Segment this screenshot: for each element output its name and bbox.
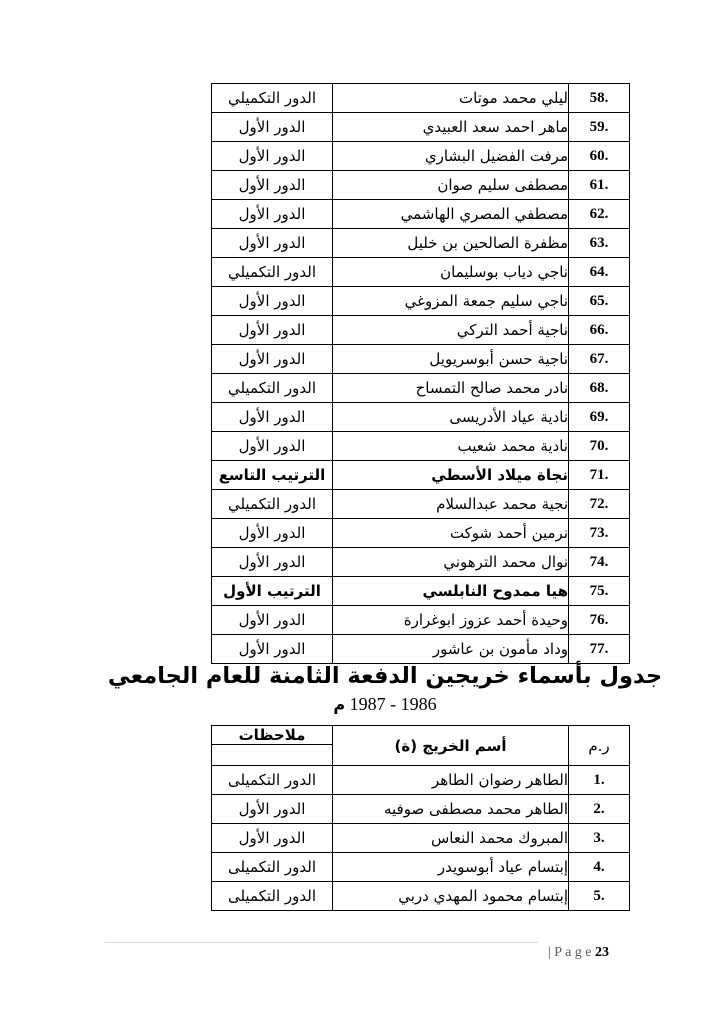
table-row: 63.مظفرة الصالحين بن خليلالدور الأول <box>212 229 630 258</box>
header-row: ر.م أسم الخريج (ة) ملاحظات <box>212 726 630 745</box>
graduate-name: إبتسام عياد أبوسويدر <box>333 853 569 882</box>
graduate-name: نادية عياد الأدريسى <box>333 403 569 432</box>
exam-round: الدور التكميلي <box>212 374 333 403</box>
document-page: 58.ليلي محمد موتاتالدور التكميلي 59.ماهر… <box>0 0 724 1024</box>
row-number: 69. <box>569 403 630 432</box>
graduate-name: الطاهر رضوان الطاهر <box>333 766 569 795</box>
graduate-name: مصطفي المصري الهاشمي <box>333 200 569 229</box>
table-row: 67.ناجية حسن أبوسريويلالدور الأول <box>212 345 630 374</box>
row-number: 4. <box>569 853 630 882</box>
header-serial: ر.م <box>569 726 630 766</box>
exam-round: الدور الأول <box>212 795 333 824</box>
graduate-name: نادر محمد صالح التمساح <box>333 374 569 403</box>
row-number: 70. <box>569 432 630 461</box>
row-number: 62. <box>569 200 630 229</box>
exam-round: الدور الأول <box>212 287 333 316</box>
section-title: جدول بأسماء خريجين الدفعة الثامنة للعام … <box>85 661 685 693</box>
graduates-table-continued: 58.ليلي محمد موتاتالدور التكميلي 59.ماهر… <box>211 83 630 664</box>
row-number: 75. <box>569 577 630 606</box>
exam-round: الدور التكميلى <box>212 766 333 795</box>
graduate-name: وحيدة أحمد عزوز ابوغرارة <box>333 606 569 635</box>
exam-round: الدور الأول <box>212 635 333 664</box>
page-footer: | P a g e 23 <box>548 945 609 961</box>
row-number: 3. <box>569 824 630 853</box>
table-row-ranked: 71.نجاة ميلاد الأسطيالترتيب التاسع <box>212 461 630 490</box>
row-number: 61. <box>569 171 630 200</box>
graduate-name: نجية محمد عبدالسلام <box>333 490 569 519</box>
exam-round: الدور التكميلى <box>212 853 333 882</box>
row-number: 58. <box>569 84 630 113</box>
graduate-name: مرفت الفضيل البشاري <box>333 142 569 171</box>
table-row-ranked: 75.هيا ممدوح النابلسيالترتيب الأول <box>212 577 630 606</box>
page-label: | P a g e <box>548 945 595 960</box>
exam-round: الدور الأول <box>212 403 333 432</box>
row-number: 59. <box>569 113 630 142</box>
exam-round: الدور الأول <box>212 519 333 548</box>
graduate-name: ناجية أحمد التركي <box>333 316 569 345</box>
page-number: 23 <box>595 945 609 960</box>
rank-label: الترتيب التاسع <box>212 461 333 490</box>
exam-round: الدور الأول <box>212 548 333 577</box>
section-heading: جدول بأسماء خريجين الدفعة الثامنة للعام … <box>85 661 685 715</box>
table-row: 65.ناجي سليم جمعة المزوغيالدور الأول <box>212 287 630 316</box>
row-number: 73. <box>569 519 630 548</box>
row-number: 77. <box>569 635 630 664</box>
table-row: 1.الطاهر رضوان الطاهرالدور التكميلى <box>212 766 630 795</box>
table-row: 70.نادية محمد شعيبالدور الأول <box>212 432 630 461</box>
graduate-name: هيا ممدوح النابلسي <box>333 577 569 606</box>
graduate-name: الطاهر محمد مصطفى صوفيه <box>333 795 569 824</box>
graduate-name: ناجي دياب بوسليمان <box>333 258 569 287</box>
table-row: 73.نرمين أحمد شوكتالدور الأول <box>212 519 630 548</box>
table-row: 74.نوال محمد الترهونيالدور الأول <box>212 548 630 577</box>
row-number: 1. <box>569 766 630 795</box>
table-row: 62.مصطفي المصري الهاشميالدور الأول <box>212 200 630 229</box>
table-row: 4.إبتسام عياد أبوسويدرالدور التكميلى <box>212 853 630 882</box>
graduate-name: نرمين أحمد شوكت <box>333 519 569 548</box>
exam-round: الدور الأول <box>212 345 333 374</box>
row-number: 66. <box>569 316 630 345</box>
header-graduate-name: أسم الخريج (ة) <box>333 726 569 766</box>
row-number: 60. <box>569 142 630 171</box>
row-number: 5. <box>569 882 630 911</box>
graduate-name: نوال محمد الترهوني <box>333 548 569 577</box>
row-number: 71. <box>569 461 630 490</box>
table-row: 69.نادية عياد الأدريسىالدور الأول <box>212 403 630 432</box>
row-number: 67. <box>569 345 630 374</box>
table-row: 66.ناجية أحمد التركيالدور الأول <box>212 316 630 345</box>
row-number: 2. <box>569 795 630 824</box>
graduate-name: وداد مأمون بن عاشور <box>333 635 569 664</box>
row-number: 65. <box>569 287 630 316</box>
table-row: 61.مصطفى سليم صوانالدور الأول <box>212 171 630 200</box>
graduate-name: ماهر احمد سعد العبيدي <box>333 113 569 142</box>
year-range: 1986 - 1987 <box>350 694 437 714</box>
exam-round: الدور الأول <box>212 432 333 461</box>
exam-round: الدور الأول <box>212 606 333 635</box>
exam-round: الدور التكميلي <box>212 84 333 113</box>
exam-round: الدور الأول <box>212 113 333 142</box>
graduate-name: ليلي محمد موتات <box>333 84 569 113</box>
table-row: 68.نادر محمد صالح التمساحالدور التكميلي <box>212 374 630 403</box>
graduate-name: مصطفى سليم صوان <box>333 171 569 200</box>
table-row: 59.ماهر احمد سعد العبيديالدور الأول <box>212 113 630 142</box>
table-row: 2.الطاهر محمد مصطفى صوفيهالدور الأول <box>212 795 630 824</box>
rank-label: الترتيب الأول <box>212 577 333 606</box>
exam-round: الدور الأول <box>212 171 333 200</box>
graduates-table-batch8: ر.م أسم الخريج (ة) ملاحظات 1.الطاهر رضوا… <box>211 725 630 911</box>
row-number: 74. <box>569 548 630 577</box>
table-row: 76.وحيدة أحمد عزوز ابوغرارةالدور الأول <box>212 606 630 635</box>
table-row: 58.ليلي محمد موتاتالدور التكميلي <box>212 84 630 113</box>
exam-round: الدور الأول <box>212 229 333 258</box>
exam-round: الدور التكميلي <box>212 258 333 287</box>
exam-round: الدور الأول <box>212 200 333 229</box>
graduate-name: إبتسام محمود المهدي دربي <box>333 882 569 911</box>
row-number: 64. <box>569 258 630 287</box>
row-number: 68. <box>569 374 630 403</box>
graduate-name: ناجي سليم جمعة المزوغي <box>333 287 569 316</box>
table-row: 77.وداد مأمون بن عاشورالدور الأول <box>212 635 630 664</box>
table-row: 3.المبروك محمد النعاسالدور الأول <box>212 824 630 853</box>
row-number: 76. <box>569 606 630 635</box>
academic-year: 1986 - 1987 م <box>85 694 685 715</box>
exam-round: الدور الأول <box>212 824 333 853</box>
header-notes: ملاحظات <box>212 726 333 745</box>
table-row: 60.مرفت الفضيل البشاريالدور الأول <box>212 142 630 171</box>
exam-round: الدور التكميلى <box>212 882 333 911</box>
row-number: 63. <box>569 229 630 258</box>
table-row: 64.ناجي دياب بوسليمانالدور التكميلي <box>212 258 630 287</box>
exam-round: الدور التكميلي <box>212 490 333 519</box>
graduate-name: ناجية حسن أبوسريويل <box>333 345 569 374</box>
year-suffix-meem: م <box>333 695 345 714</box>
table-row: 5.إبتسام محمود المهدي دربيالدور التكميلى <box>212 882 630 911</box>
header-notes-empty-cell <box>212 745 333 766</box>
graduate-name: مظفرة الصالحين بن خليل <box>333 229 569 258</box>
graduate-name: نادية محمد شعيب <box>333 432 569 461</box>
footer-divider <box>105 942 538 943</box>
table-row: 72.نجية محمد عبدالسلامالدور التكميلي <box>212 490 630 519</box>
graduate-name: المبروك محمد النعاس <box>333 824 569 853</box>
exam-round: الدور الأول <box>212 142 333 171</box>
exam-round: الدور الأول <box>212 316 333 345</box>
graduate-name: نجاة ميلاد الأسطي <box>333 461 569 490</box>
row-number: 72. <box>569 490 630 519</box>
